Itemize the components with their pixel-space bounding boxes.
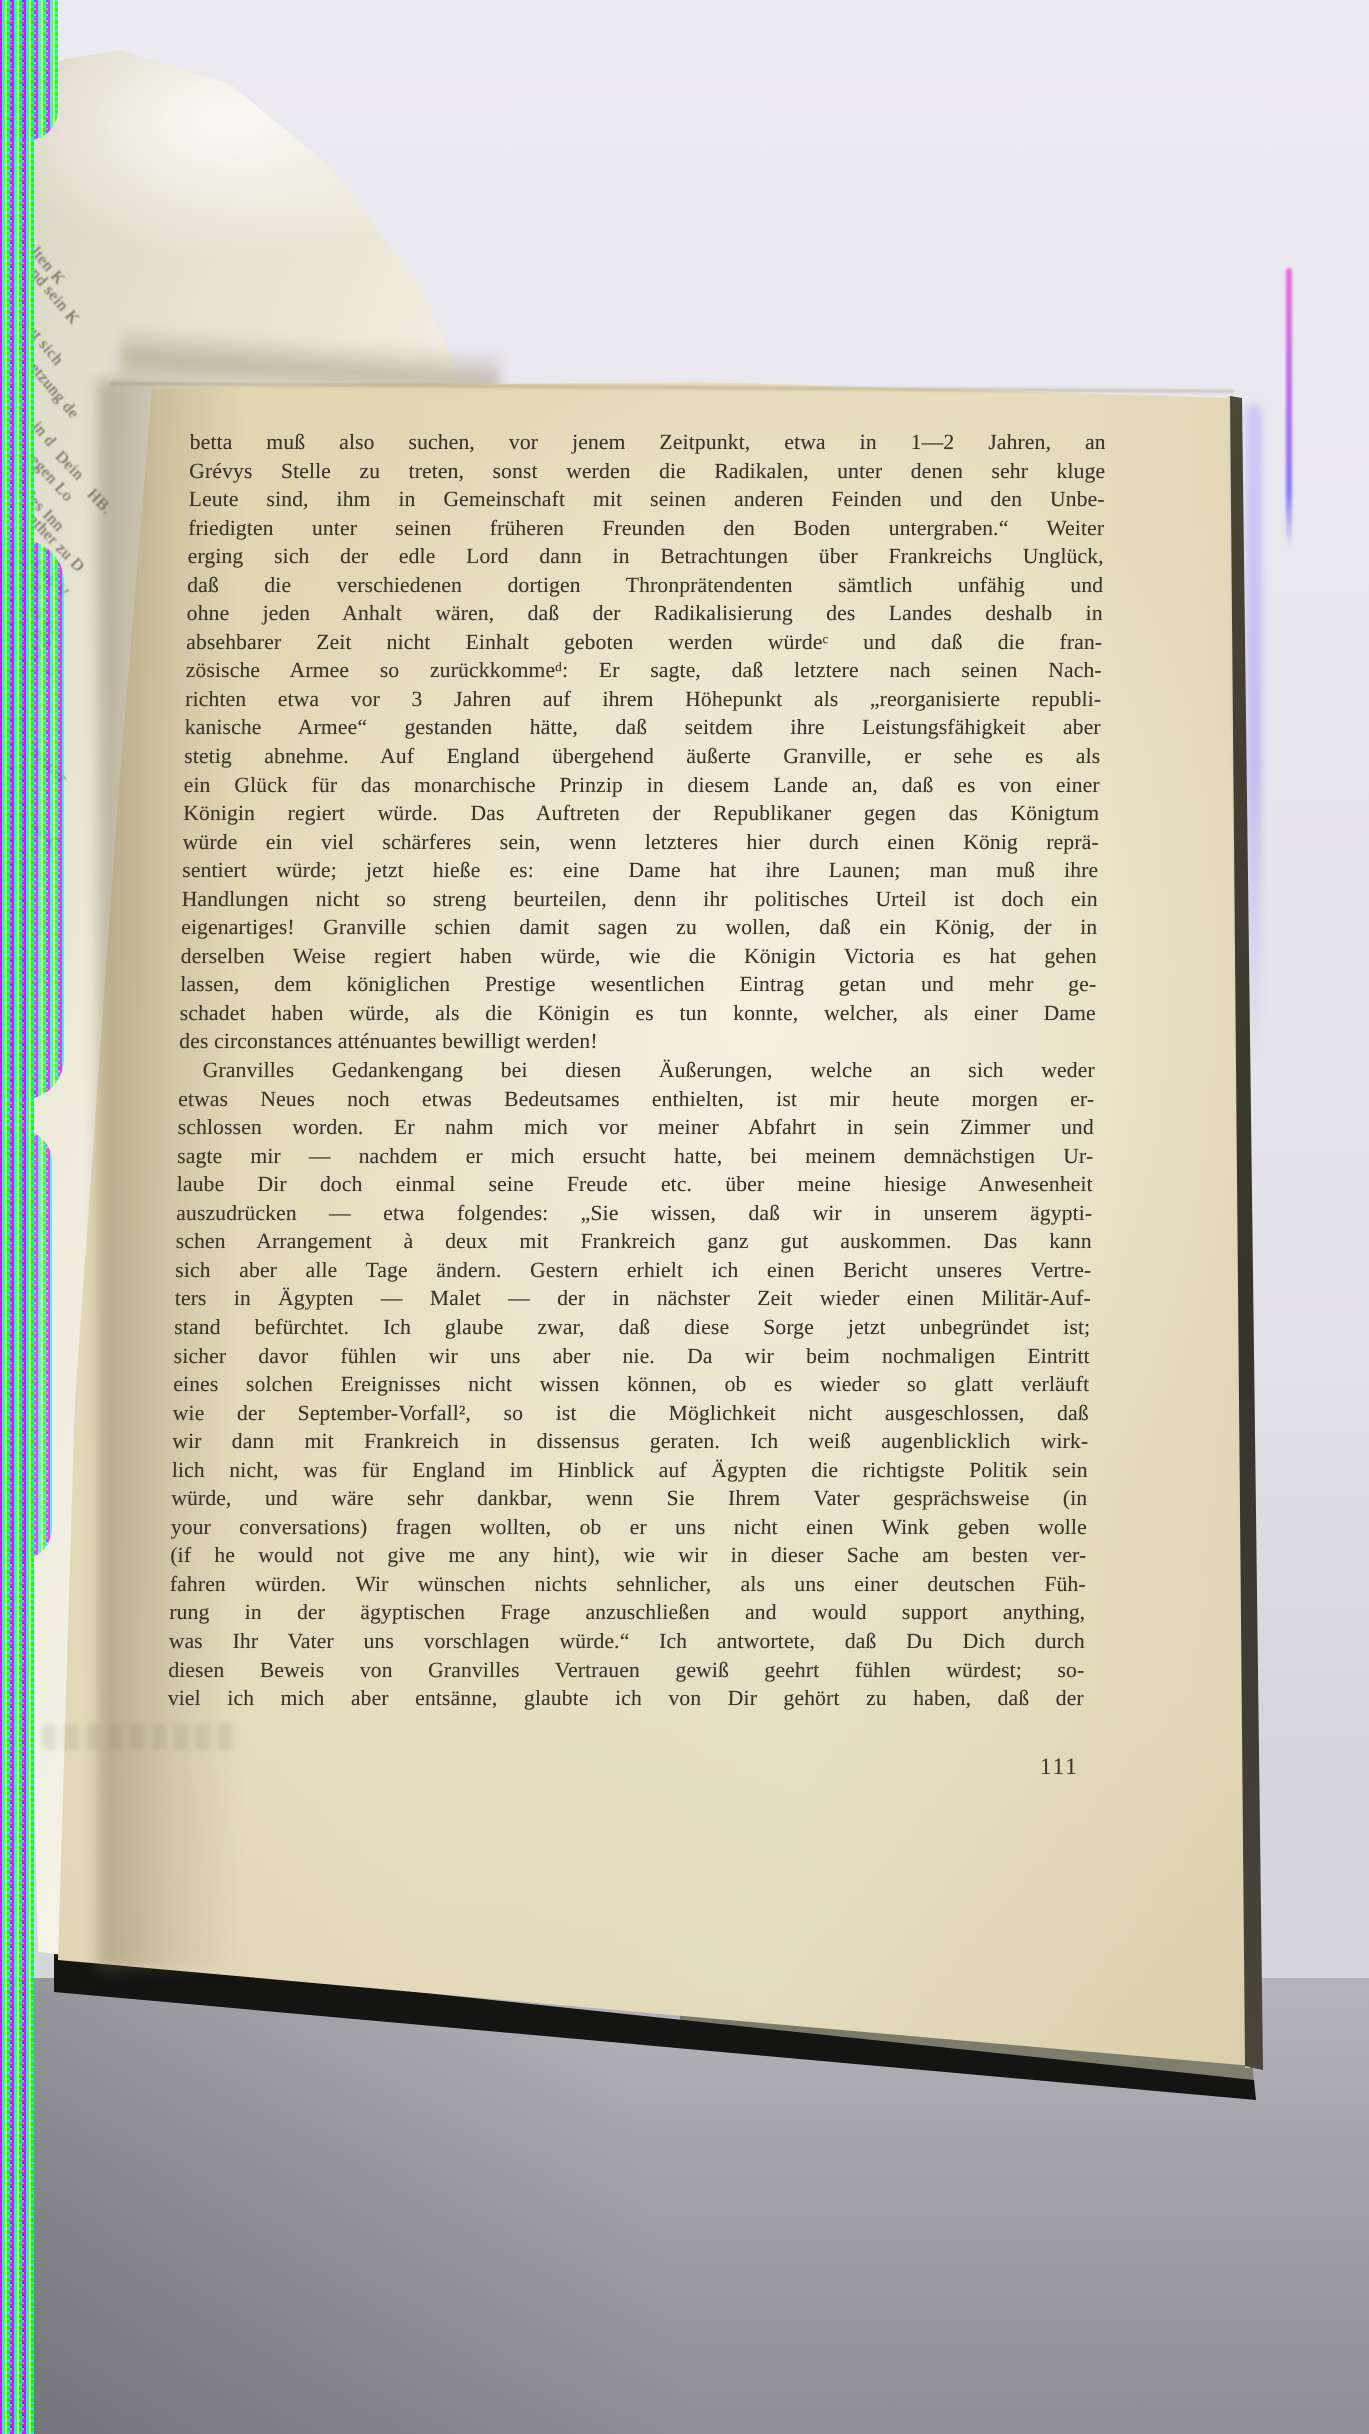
- text-line: ters in Ägypten — Malet — der in nächste…: [175, 1284, 1091, 1313]
- text-line: derselben Weise regiert haben würde, wie…: [181, 942, 1097, 971]
- glitch-blob: [0, 1130, 52, 1560]
- glitch-corner: [0, 0, 58, 140]
- text-line: (if he would not give me any hint), wie …: [170, 1541, 1086, 1570]
- text-line: absehbarer Zeit nicht Einhalt geboten we…: [186, 628, 1102, 657]
- text-line: betta muß also suchen, vor jenem Zeitpun…: [190, 428, 1106, 457]
- text-line: Leute sind, ihm in Gemeinschaft mit sein…: [189, 485, 1105, 514]
- text-line: friedigten unter seinen früheren Freunde…: [188, 514, 1104, 543]
- text-line: zösische Armee so zurückkommeᵈ: Er sagte…: [186, 656, 1102, 685]
- text-line: wir dann mit Frankreich in dissensus ger…: [172, 1427, 1088, 1456]
- text-line: eigenartiges! Granville schien damit sag…: [181, 913, 1097, 942]
- text-line: schen Arrangement à deux mit Frankreich …: [176, 1227, 1092, 1256]
- text-line: kanische Armee“ gestanden hätte, daß sei…: [185, 713, 1101, 742]
- text-line: was Ihr Vater uns vorschlagen würde.“ Ic…: [169, 1627, 1085, 1656]
- text-line: Königin regiert würde. Das Auftreten der…: [183, 799, 1099, 828]
- text-line: Handlungen nicht so streng beurteilen, d…: [182, 885, 1098, 914]
- glitch-blob: [0, 540, 64, 1100]
- text-line: erging sich der edle Lord dann in Betrac…: [188, 542, 1104, 571]
- text-line: schlossen worden. Er nahm mich vor meine…: [178, 1113, 1094, 1142]
- text-line: sicher davor fühlen wir uns aber nie. Da…: [174, 1342, 1090, 1371]
- text-line: your conversations) fragen wollten, ob e…: [171, 1513, 1087, 1542]
- text-line: rung in der ägyptischen Frage anzuschlie…: [169, 1598, 1085, 1627]
- text-line: sich aber alle Tage ändern. Gestern erhi…: [175, 1256, 1091, 1285]
- ink-bleed-smudge: [42, 1724, 237, 1750]
- text-line: lich nicht, was für England im Hinblick …: [172, 1456, 1088, 1485]
- text-line: würde ein viel schärferes sein, wenn let…: [183, 828, 1099, 857]
- text-line: stetig abnehme. Auf England übergehend ä…: [184, 742, 1100, 771]
- text-line: lassen, dem königlichen Prestige wesentl…: [180, 970, 1096, 999]
- text-line: sentiert würde; jetzt hieße es: eine Dam…: [182, 856, 1098, 885]
- text-line: stand befürchtet. Ich glaube zwar, daß d…: [174, 1313, 1090, 1342]
- text-line: daß die verschiedenen dortigen Thronprät…: [187, 571, 1103, 600]
- text-line: diesen Beweis von Granvilles Vertrauen g…: [168, 1656, 1084, 1685]
- text-line: laube Dir doch einmal seine Freude etc. …: [177, 1170, 1093, 1199]
- text-line: viel ich mich aber entsänne, glaubte ich…: [168, 1684, 1084, 1713]
- text-line: sagte mir — nachdem er mich ersucht hatt…: [177, 1142, 1093, 1171]
- text-line: fahren würden. Wir wünschen nichts sehnl…: [170, 1570, 1086, 1599]
- text-line: Granvilles Gedankengang bei diesen Äußer…: [179, 1056, 1095, 1085]
- page-text: betta muß also suchen, vor jenem Zeitpun…: [168, 428, 1106, 1713]
- text-line: auszudrücken — etwa folgendes: „Sie wiss…: [176, 1199, 1092, 1228]
- text-line: würde, und wäre sehr dankbar, wenn Sie I…: [171, 1484, 1087, 1513]
- book-photo: harsten alten Kwütend sein Keser Wut sic…: [0, 0, 1369, 2434]
- text-line: Grévys Stelle zu treten, sonst werden di…: [189, 457, 1105, 486]
- page-number: 111: [1040, 1754, 1079, 1780]
- text-line: wie der September-Vorfall², so ist die M…: [173, 1399, 1089, 1428]
- text-line: richten etwa vor 3 Jahren auf ihrem Höhe…: [185, 685, 1101, 714]
- glitch-purple-line: [1286, 268, 1292, 548]
- text-line: schadet haben würde, als die Königin es …: [180, 999, 1096, 1028]
- text-line: ohne jeden Anhalt wären, daß der Radikal…: [187, 599, 1103, 628]
- text-line: ein Glück für das monarchische Prinzip i…: [184, 771, 1100, 800]
- text-line: des circonstances atténuantes bewilligt …: [179, 1027, 1095, 1056]
- text-line: etwas Neues noch etwas Bedeutsames enthi…: [178, 1085, 1094, 1114]
- text-line: eines solchen Ereignisses nicht wissen k…: [173, 1370, 1089, 1399]
